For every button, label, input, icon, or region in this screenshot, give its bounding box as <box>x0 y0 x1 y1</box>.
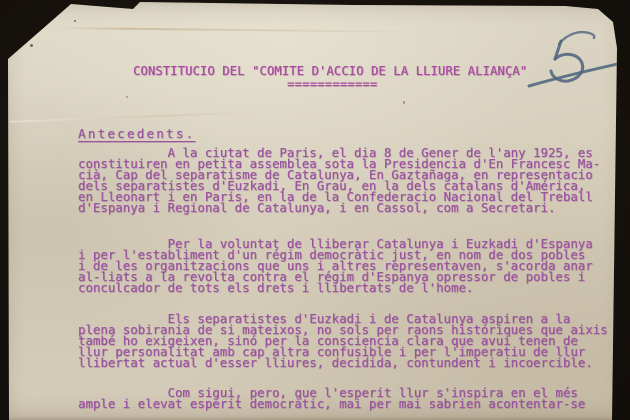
pencil-stroke <box>559 32 594 44</box>
document-paper: CONSTITUCIO DEL "COMITE D'ACCIO DE LA LL… <box>0 0 630 420</box>
paper-speck <box>403 101 405 104</box>
document-title: CONSTITUCIO DEL "COMITE D'ACCIO DE LA LL… <box>133 64 527 78</box>
paper-speck <box>126 96 128 98</box>
typed-line: llibertat actual d'esser lliures, decidi… <box>78 358 608 369</box>
typed-line: ample i elevat esperit democràtic, mai p… <box>78 399 585 410</box>
paper-crease <box>10 111 260 122</box>
paper-speck <box>74 20 76 22</box>
paragraph-democratic-spirit: Com sigui, pero, que l'esperit llur s'in… <box>78 388 585 410</box>
typed-line: d'Espanya i Regional de Catalunya, i en … <box>78 203 600 214</box>
paper-crease <box>58 27 428 33</box>
paragraph-alliance-purpose: Per la voluntat de lliberar Catalunya i … <box>78 239 593 294</box>
title-underline: ============ <box>287 77 377 91</box>
scanned-document-photo: CONSTITUCIO DEL "COMITE D'ACCIO DE LA LL… <box>0 0 630 420</box>
section-heading: Antecedents. <box>78 126 195 141</box>
typed-line: conculcador de tots els drets i lliberta… <box>78 283 593 294</box>
paper-speck <box>30 44 33 47</box>
paragraph-separatist-aspirations: Els separatistes d'Euzkadi i de Cataluny… <box>78 314 608 369</box>
pencil-underline <box>529 63 622 86</box>
handwritten-page-number: 5 <box>515 20 630 100</box>
paragraph-founding-assembly: A la ciutat de Paris, el dia 8 de Gener … <box>78 148 600 213</box>
